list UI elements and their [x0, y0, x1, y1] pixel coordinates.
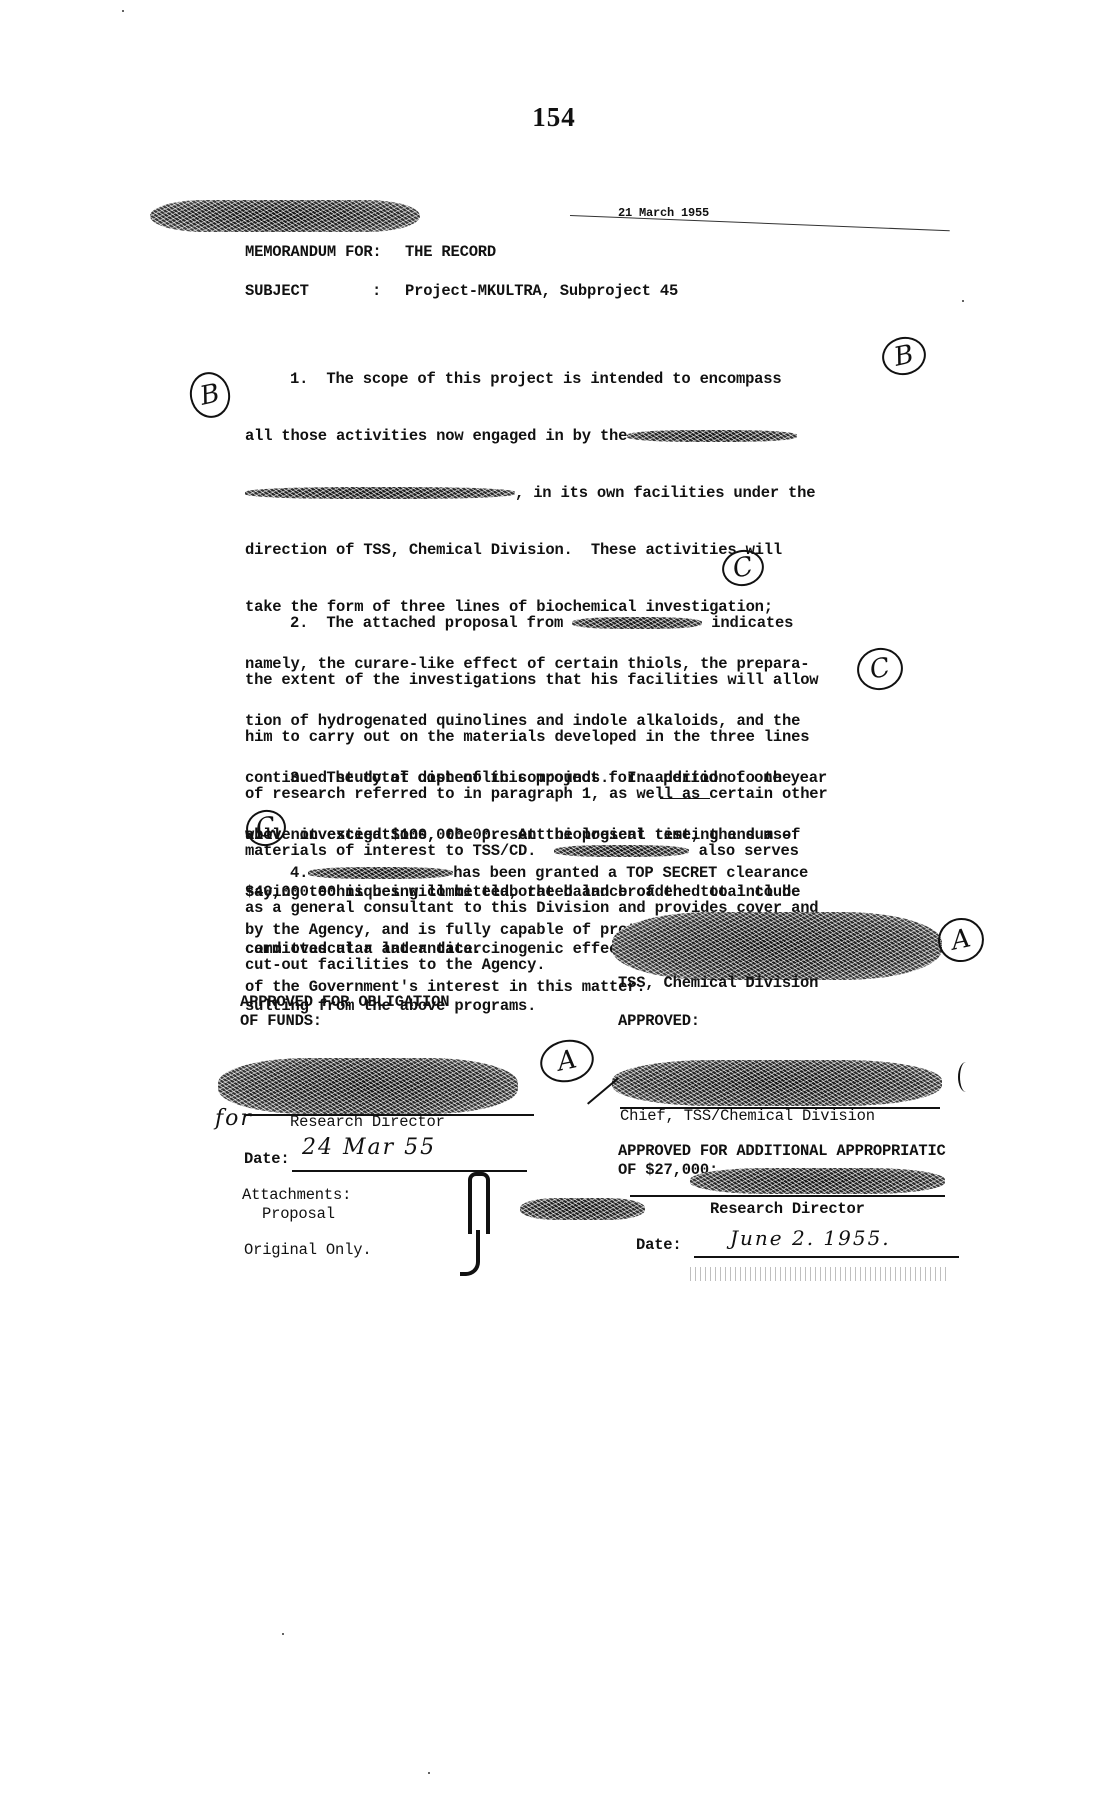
date-line-left [292, 1170, 527, 1172]
small-redaction [520, 1198, 645, 1220]
annotation-b-right: B [879, 333, 930, 379]
attachments-label: Attachments: [242, 1186, 351, 1205]
approved-label: APPROVED: [618, 1012, 700, 1031]
left-signature-redaction [218, 1058, 518, 1114]
annotation-a-center: A [536, 1035, 598, 1087]
date-right-handwritten: June 2. 1955. [730, 1226, 891, 1250]
scan-speck [962, 300, 964, 302]
additional-appropriation-label-1: APPROVED FOR ADDITIONAL APPROPRIATIC [618, 1142, 946, 1161]
signature-title: TSS, Chemical Division [618, 974, 818, 993]
paragraph-number: 4. [290, 864, 308, 882]
redaction [245, 487, 515, 499]
annotation-b-left: B [186, 368, 235, 421]
page-number: 154 [0, 102, 1108, 133]
date-left-handwritten: 24 Mar 55 [302, 1135, 436, 1160]
original-only: Original Only. [244, 1241, 371, 1260]
scan-noise [690, 1267, 950, 1281]
paragraph-number: 1. [290, 370, 308, 388]
margin-paren-mark [958, 1062, 974, 1092]
redaction [627, 430, 797, 442]
research-director-label: Research Director [290, 1113, 445, 1132]
scan-speck [282, 1633, 284, 1635]
memorandum-for-label: MEMORANDUM FOR: [245, 243, 382, 262]
memo-date: 21 March 1955 [618, 204, 709, 223]
scan-speck [428, 1772, 430, 1774]
scan-speck [122, 10, 124, 12]
right-signature-redaction [612, 1060, 942, 1106]
paragraph-number: 2. [290, 614, 308, 632]
appropriation-redaction [690, 1168, 945, 1194]
redaction [308, 867, 453, 879]
header-redaction [150, 200, 420, 232]
approved-obligation-label-1: APPROVED FOR OBLIGATION [240, 993, 449, 1012]
memorandum-for-value: THE RECORD [405, 243, 496, 262]
research-director-label-2: Research Director [710, 1200, 865, 1219]
date-label-left: Date: [244, 1150, 290, 1169]
attachments-item: Proposal [262, 1205, 335, 1224]
subject-value: Project-MKULTRA, Subproject 45 [405, 282, 678, 301]
chief-label: Chief, TSS/Chemical Division [620, 1107, 875, 1126]
subject-separator: : [372, 282, 381, 301]
signature-line-appropriation [630, 1195, 945, 1197]
paperclip-mark [468, 1172, 490, 1234]
for-handwritten: for [215, 1106, 253, 1131]
date-label-right: Date: [636, 1236, 682, 1255]
subject-label: SUBJECT [245, 282, 309, 301]
annotation-a-right: A [934, 914, 988, 967]
redaction [572, 617, 702, 629]
initials-scribble [587, 1077, 619, 1104]
bracket-mark [460, 1230, 480, 1276]
signature-redaction [612, 912, 942, 980]
underline-mark [660, 798, 710, 799]
date-line-right [694, 1256, 959, 1258]
approved-obligation-label-2: OF FUNDS: [240, 1012, 322, 1031]
paragraph-number: 3. [290, 769, 308, 787]
